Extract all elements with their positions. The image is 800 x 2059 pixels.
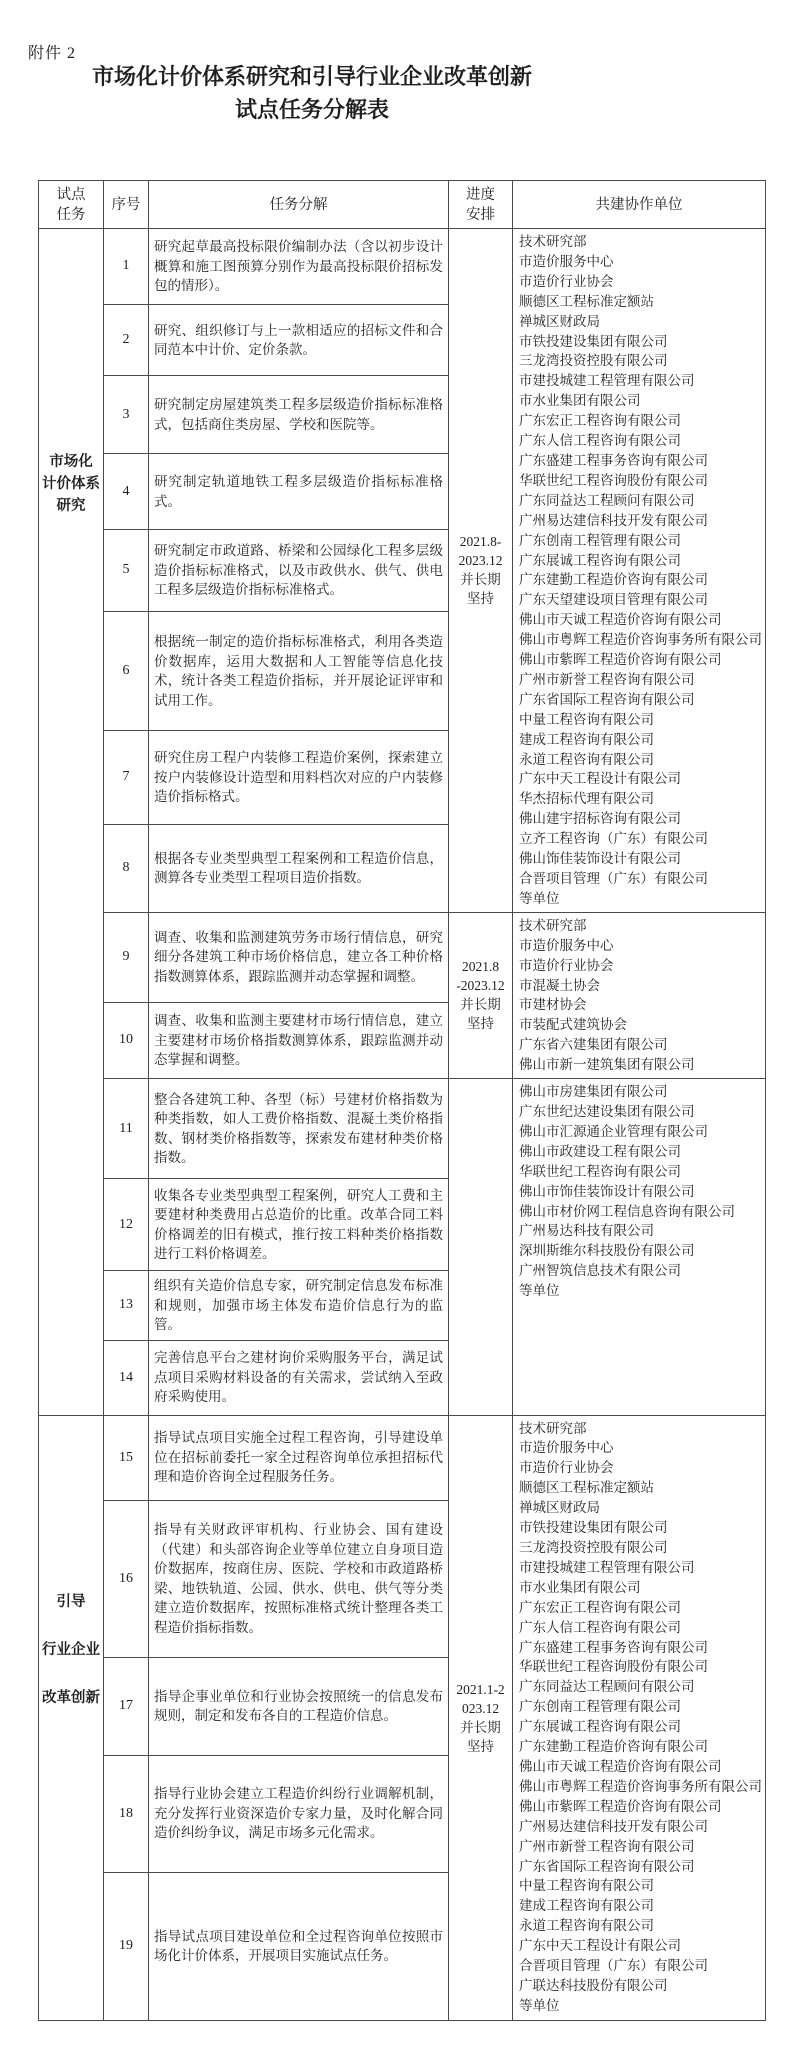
header-partners: 共建协作单位 — [513, 181, 766, 229]
table-row: 市场化 计价体系 研究 1 研究起草最高投标限价编制办法（含以初步设计概算和施工… — [39, 229, 766, 305]
task-breakdown-table: 试点 任务 序号 任务分解 进度 安排 共建协作单位 市场化 计价体系 研究 1… — [38, 180, 766, 2021]
task-number: 10 — [104, 1002, 149, 1079]
task-number: 2 — [104, 304, 149, 376]
task-number: 18 — [104, 1755, 149, 1872]
header-schedule: 进度 安排 — [449, 181, 513, 229]
task-number: 17 — [104, 1657, 149, 1755]
task-number: 12 — [104, 1179, 149, 1271]
page-title: 市场化计价体系研究和引导行业企业改革创新 试点任务分解表 — [0, 60, 624, 126]
task-number: 1 — [104, 229, 149, 305]
task-text: 调查、收集和监测主要建材市场行情信息，建立主要建材市场价格指数测算体系，跟踪监测… — [149, 1002, 449, 1079]
header-pilot-task: 试点 任务 — [39, 181, 104, 229]
task-text: 整合各建筑工种、各型（标）号建材价格指数为种类指数，如人工费价格指数、混凝土类价… — [149, 1079, 449, 1179]
task-number: 8 — [104, 824, 149, 912]
task-text: 研究制定轨道地铁工程多层级造价指标标准格式。 — [149, 454, 449, 530]
document-page: { "page": { "attachment_label": "附件 2", … — [0, 0, 800, 2059]
task-number: 4 — [104, 454, 149, 530]
task-number: 9 — [104, 912, 149, 1002]
schedule-block-4: 2021.1-2 023.12 并长期 坚持 — [449, 1415, 513, 2020]
schedule-block-1: 2021.8- 2023.12 并长期 坚持 — [449, 229, 513, 913]
task-number: 15 — [104, 1415, 149, 1500]
task-text: 收集各专业类型典型工程案例，研究人工费和主要建材种类费用占总造价的比重。改革合同… — [149, 1179, 449, 1271]
partners-block-1: 技术研究部 市造价服务中心 市造价行业协会 顺德区工程标准定额站 禅城区财政局 … — [513, 229, 766, 913]
task-text: 指导试点项目实施全过程工程咨询，引导建设单位在招标前委托一家全过程咨询单位承担招… — [149, 1415, 449, 1500]
task-text: 组织有关造价信息专家，研究制定信息发布标准和规则，加强市场主体发布造价信息行为的… — [149, 1271, 449, 1341]
task-text: 指导行业协会建立工程造价纠纷行业调解机制，充分发挥行业资深造价专家力量，及时化解… — [149, 1755, 449, 1872]
section-label-cell-1: 市场化 计价体系 研究 — [39, 229, 104, 1416]
task-number: 7 — [104, 731, 149, 824]
table-row: 11 整合各建筑工种、各型（标）号建材价格指数为种类指数，如人工费价格指数、混凝… — [39, 1079, 766, 1179]
task-text: 根据统一制定的造价指标标准格式，利用各类造价数据库，运用大数据和人工智能等信息化… — [149, 611, 449, 730]
schedule-block-3 — [449, 1079, 513, 1416]
task-number: 16 — [104, 1500, 149, 1657]
header-serial: 序号 — [104, 181, 149, 229]
partners-block-3: 佛山市房建集团有限公司 广东世纪达建设集团有限公司 佛山市汇源通企业管理有限公司… — [513, 1079, 766, 1416]
task-text: 研究制定房屋建筑类工程多层级造价指标标准格式，包括商住类房屋、学校和医院等。 — [149, 376, 449, 454]
task-number: 13 — [104, 1271, 149, 1341]
table-header-row: 试点 任务 序号 任务分解 进度 安排 共建协作单位 — [39, 181, 766, 229]
task-text: 根据各专业类型典型工程案例和工程造价信息，测算各专业类型工程项目造价指数。 — [149, 824, 449, 912]
task-text: 指导试点项目建设单位和全过程咨询单位按照市场化计价体系，开展项目实施试点任务。 — [149, 1872, 449, 2020]
task-text: 完善信息平台之建材询价采购服务平台，满足试点项目采购材料设备的有关需求，尝试纳入… — [149, 1340, 449, 1415]
task-number: 3 — [104, 376, 149, 454]
section-label: 市场化 计价体系 研究 — [39, 451, 103, 517]
section-label: 引导 行业企业 改革创新 — [39, 1578, 103, 1722]
task-text: 研究制定市政道路、桥梁和公园绿化工程多层级造价指标标准格式，以及市政供水、供气、… — [149, 529, 449, 611]
task-text: 指导有关财政评审机构、行业协会、国有建设（代建）和头部咨询企业等单位建立自身项目… — [149, 1500, 449, 1657]
task-text: 调查、收集和监测建筑劳务市场行情信息，研究细分各建筑工种市场价格信息，建立各工种… — [149, 912, 449, 1002]
task-number: 11 — [104, 1079, 149, 1179]
task-number: 6 — [104, 611, 149, 730]
table-row: 引导 行业企业 改革创新 15 指导试点项目实施全过程工程咨询，引导建设单位在招… — [39, 1415, 766, 1500]
partners-block-2: 技术研究部 市造价服务中心 市造价行业协会 市混凝土协会 市建材协会 市装配式建… — [513, 912, 766, 1078]
header-task-breakdown: 任务分解 — [149, 181, 449, 229]
task-text: 研究住房工程户内装修工程造价案例，探索建立按户内装修设计造型和用料档次对应的户内… — [149, 731, 449, 824]
task-text: 指导企事业单位和行业协会按照统一的信息发布规则，制定和发布各自的工程造价信息。 — [149, 1657, 449, 1755]
task-number: 14 — [104, 1340, 149, 1415]
task-text: 研究、组织修订与上一款相适应的招标文件和合同范本中计价、定价条款。 — [149, 304, 449, 376]
partners-block-4: 技术研究部 市造价服务中心 市造价行业协会 顺德区工程标准定额站 禅城区财政局 … — [513, 1415, 766, 2020]
task-text: 研究起草最高投标限价编制办法（含以初步设计概算和施工图预算分别作为最高投标限价招… — [149, 229, 449, 305]
schedule-block-2: 2021.8 -2023.12 并长期 坚持 — [449, 912, 513, 1078]
table-row: 9 调查、收集和监测建筑劳务市场行情信息，研究细分各建筑工种市场价格信息，建立各… — [39, 912, 766, 1002]
task-number: 5 — [104, 529, 149, 611]
section-label-cell-2: 引导 行业企业 改革创新 — [39, 1415, 104, 2020]
task-number: 19 — [104, 1872, 149, 2020]
